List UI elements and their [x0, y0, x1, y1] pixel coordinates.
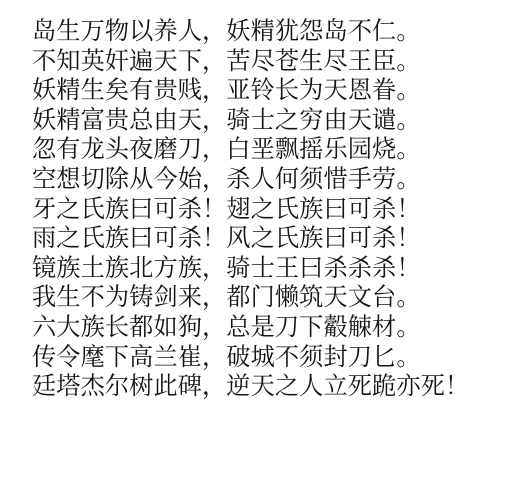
poem-line: 雨之氏族曰可杀！风之氏族曰可杀！: [32, 224, 469, 254]
poem-line: 空想切除从今始，杀人何须惜手劳。: [32, 165, 469, 195]
poem-line: 妖精生矣有贵贱，亚铃长为天恩眷。: [32, 76, 469, 106]
poem-line: 妖精富贵总由天，骑士之穷由天谴。: [32, 106, 469, 136]
poem-line: 不知英奸遍天下，苦尽苍生尽王臣。: [32, 47, 469, 77]
poem-line: 传令麾下高兰崔，破城不须封刀匕。: [32, 343, 469, 373]
poem-line: 镜族土族北方族，骑士王曰杀杀杀！: [32, 254, 469, 284]
poem-line: 岛生万物以养人，妖精犹怨岛不仁。: [32, 17, 469, 47]
poem-line: 我生不为铸剑来，都门懒筑天文台。: [32, 283, 469, 313]
poem-line: 牙之氏族曰可杀！翅之氏族曰可杀！: [32, 195, 469, 225]
poem-line: 忽有龙头夜磨刀，白垩飘摇乐园烧。: [32, 135, 469, 165]
poem-text: 岛生万物以养人，妖精犹怨岛不仁。 不知英奸遍天下，苦尽苍生尽王臣。 妖精生矣有贵…: [32, 17, 469, 402]
poem-line: 六大族长都如狗，总是刀下觳觫材。: [32, 313, 469, 343]
poem-line: 廷塔杰尔树此碑，逆天之人立死跪亦死！: [32, 372, 469, 402]
